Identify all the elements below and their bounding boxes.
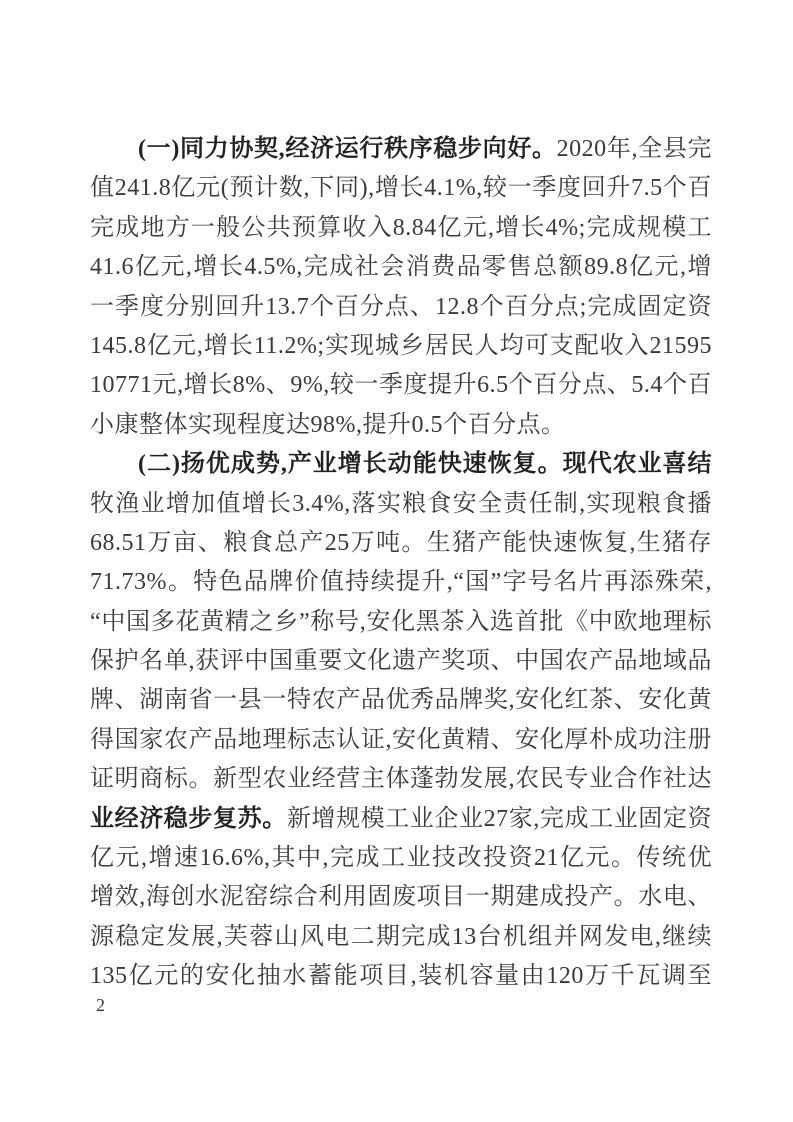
text-line: 68.51万亩、粮食总产25万吨。生猪产能快速恢复,生猪存栏同比增长 bbox=[90, 524, 712, 563]
document-page: (一)同力协契,经济运行秩序稳步向好。2020年,全县完成生产总值241.8亿元… bbox=[0, 0, 793, 1122]
text-line: (一)同力协契,经济运行秩序稳步向好。2020年,全县完成生产总 bbox=[90, 130, 712, 169]
text-line: 145.8亿元,增长11.2%;实现城乡居民人均可支配收入21595元、 bbox=[90, 327, 712, 366]
body-text: 牧渔业增加值增长3.4%,落实粮食安全责任制,实现粮食播种面积 bbox=[90, 491, 712, 524]
text-line: 135亿元的安化抽水蓄能项目,装机容量由120万千瓦调至240万千 bbox=[90, 957, 712, 996]
body-text: 源稳定发展,芙蓉山风电二期完成13台机组并网发电,继续推进总投资 bbox=[90, 924, 712, 957]
emphasis-text: (二)扬优成势,产业增长动能快速恢复。 bbox=[138, 451, 563, 477]
text-line: 增效,海创水泥窑综合利用固废项目一期建成投产。水电、风能等绿色能 bbox=[90, 878, 712, 917]
text-line: 10771元,增长8%、9%,较一季度提升6.5个百分点、5.4个百分点;全面 bbox=[90, 366, 712, 405]
document-body: (一)同力协契,经济运行秩序稳步向好。2020年,全县完成生产总值241.8亿元… bbox=[90, 130, 712, 997]
body-text: 145.8亿元,增长11.2%;实现城乡居民人均可支配收入21595元、 bbox=[90, 333, 712, 366]
emphasis-text: (一)同力协契,经济运行秩序稳步向好。 bbox=[138, 136, 557, 162]
text-line: 完成地方一般公共预算收入8.84亿元,增长4%;完成规模工业增加值 bbox=[90, 209, 712, 248]
body-text: 牌、湖南省一县一特农产品优秀品牌奖,安化红茶、安化黄精、安化松针获 bbox=[90, 687, 712, 720]
body-text: 10771元,增长8%、9%,较一季度提升6.5个百分点、5.4个百分点;全面 bbox=[90, 372, 712, 405]
paragraph: (二)扬优成势,产业增长动能快速恢复。现代农业喜结硕果。农林牧渔业增加值增长3.… bbox=[90, 445, 712, 996]
emphasis-text: 业经济稳步复苏。 bbox=[90, 806, 287, 832]
text-line: 71.73%。特色品牌价值持续提升,“国”字号名片再添殊荣,安化被授予 bbox=[90, 563, 712, 602]
text-line: 牧渔业增加值增长3.4%,落实粮食安全责任制,实现粮食播种面积 bbox=[90, 485, 712, 524]
text-line: 小康整体实现程度达98%,提升0.5个百分点。 bbox=[90, 406, 712, 445]
body-text: 完成地方一般公共预算收入8.84亿元,增长4%;完成规模工业增加值 bbox=[90, 215, 712, 248]
body-text: 得国家农产品地理标志认证,安化黄精、安化厚朴成功注册国家地理标志 bbox=[90, 727, 712, 760]
body-text: 68.51万亩、粮食总产25万吨。生猪产能快速恢复,生猪存栏同比增长 bbox=[90, 530, 712, 563]
body-text: 小康整体实现程度达98%,提升0.5个百分点。 bbox=[90, 412, 566, 438]
body-text: 保护名单,获评中国重要文化遗产奖项、中国农产品地域品牌价值标杆品 bbox=[90, 648, 712, 681]
body-text: 亿元,增速16.6%,其中,完成工业技改投资21亿元。传统优势企业提质 bbox=[90, 845, 712, 878]
body-text: 71.73%。特色品牌价值持续提升,“国”字号名片再添殊荣,安化被授予 bbox=[90, 569, 712, 602]
text-line: 亿元,增速16.6%,其中,完成工业技改投资21亿元。传统优势企业提质 bbox=[90, 839, 712, 878]
text-line: “中国多花黄精之乡”称号,安化黑茶入选首批《中欧地理标志保护协定》 bbox=[90, 603, 712, 642]
text-line: 证明商标。新型农业经营主体蓬勃发展,农民专业合作社达1927个。工 bbox=[90, 760, 712, 799]
page-number: 2 bbox=[96, 993, 105, 1017]
body-text: 证明商标。新型农业经营主体蓬勃发展,农民专业合作社达1927个。 bbox=[90, 766, 712, 799]
text-line: (二)扬优成势,产业增长动能快速恢复。现代农业喜结硕果。农林 bbox=[90, 445, 712, 484]
body-text: 41.6亿元,增长4.5%,完成社会消费品零售总额89.8亿元,增长2%,较 bbox=[90, 254, 712, 287]
body-text: “中国多花黄精之乡”称号,安化黑茶入选首批《中欧地理标志保护协定》 bbox=[90, 609, 712, 642]
text-line: 值241.8亿元(预计数,下同),增长4.1%,较一季度回升7.5个百分点; bbox=[90, 169, 712, 208]
body-text: 值241.8亿元(预计数,下同),增长4.1%,较一季度回升7.5个百分点; bbox=[90, 175, 712, 208]
body-text: 一季度分别回升13.7个百分点、12.8个百分点;完成固定资产投资 bbox=[90, 294, 712, 327]
text-line: 41.6亿元,增长4.5%,完成社会消费品零售总额89.8亿元,增长2%,较 bbox=[90, 248, 712, 287]
paragraph: (一)同力协契,经济运行秩序稳步向好。2020年,全县完成生产总值241.8亿元… bbox=[90, 130, 712, 445]
body-text: 增效,海创水泥窑综合利用固废项目一期建成投产。水电、风能等绿色能 bbox=[90, 884, 712, 917]
text-line: 源稳定发展,芙蓉山风电二期完成13台机组并网发电,继续推进总投资 bbox=[90, 918, 712, 957]
text-line: 业经济稳步复苏。新增规模工业企业27家,完成工业固定资产投资33 bbox=[90, 800, 712, 839]
text-line: 得国家农产品地理标志认证,安化黄精、安化厚朴成功注册国家地理标志 bbox=[90, 721, 712, 760]
text-line: 牌、湖南省一县一特农产品优秀品牌奖,安化红茶、安化黄精、安化松针获 bbox=[90, 681, 712, 720]
text-line: 保护名单,获评中国重要文化遗产奖项、中国农产品地域品牌价值标杆品 bbox=[90, 642, 712, 681]
body-text: 135亿元的安化抽水蓄能项目,装机容量由120万千瓦调至240万千 bbox=[90, 963, 712, 996]
text-line: 一季度分别回升13.7个百分点、12.8个百分点;完成固定资产投资 bbox=[90, 288, 712, 327]
